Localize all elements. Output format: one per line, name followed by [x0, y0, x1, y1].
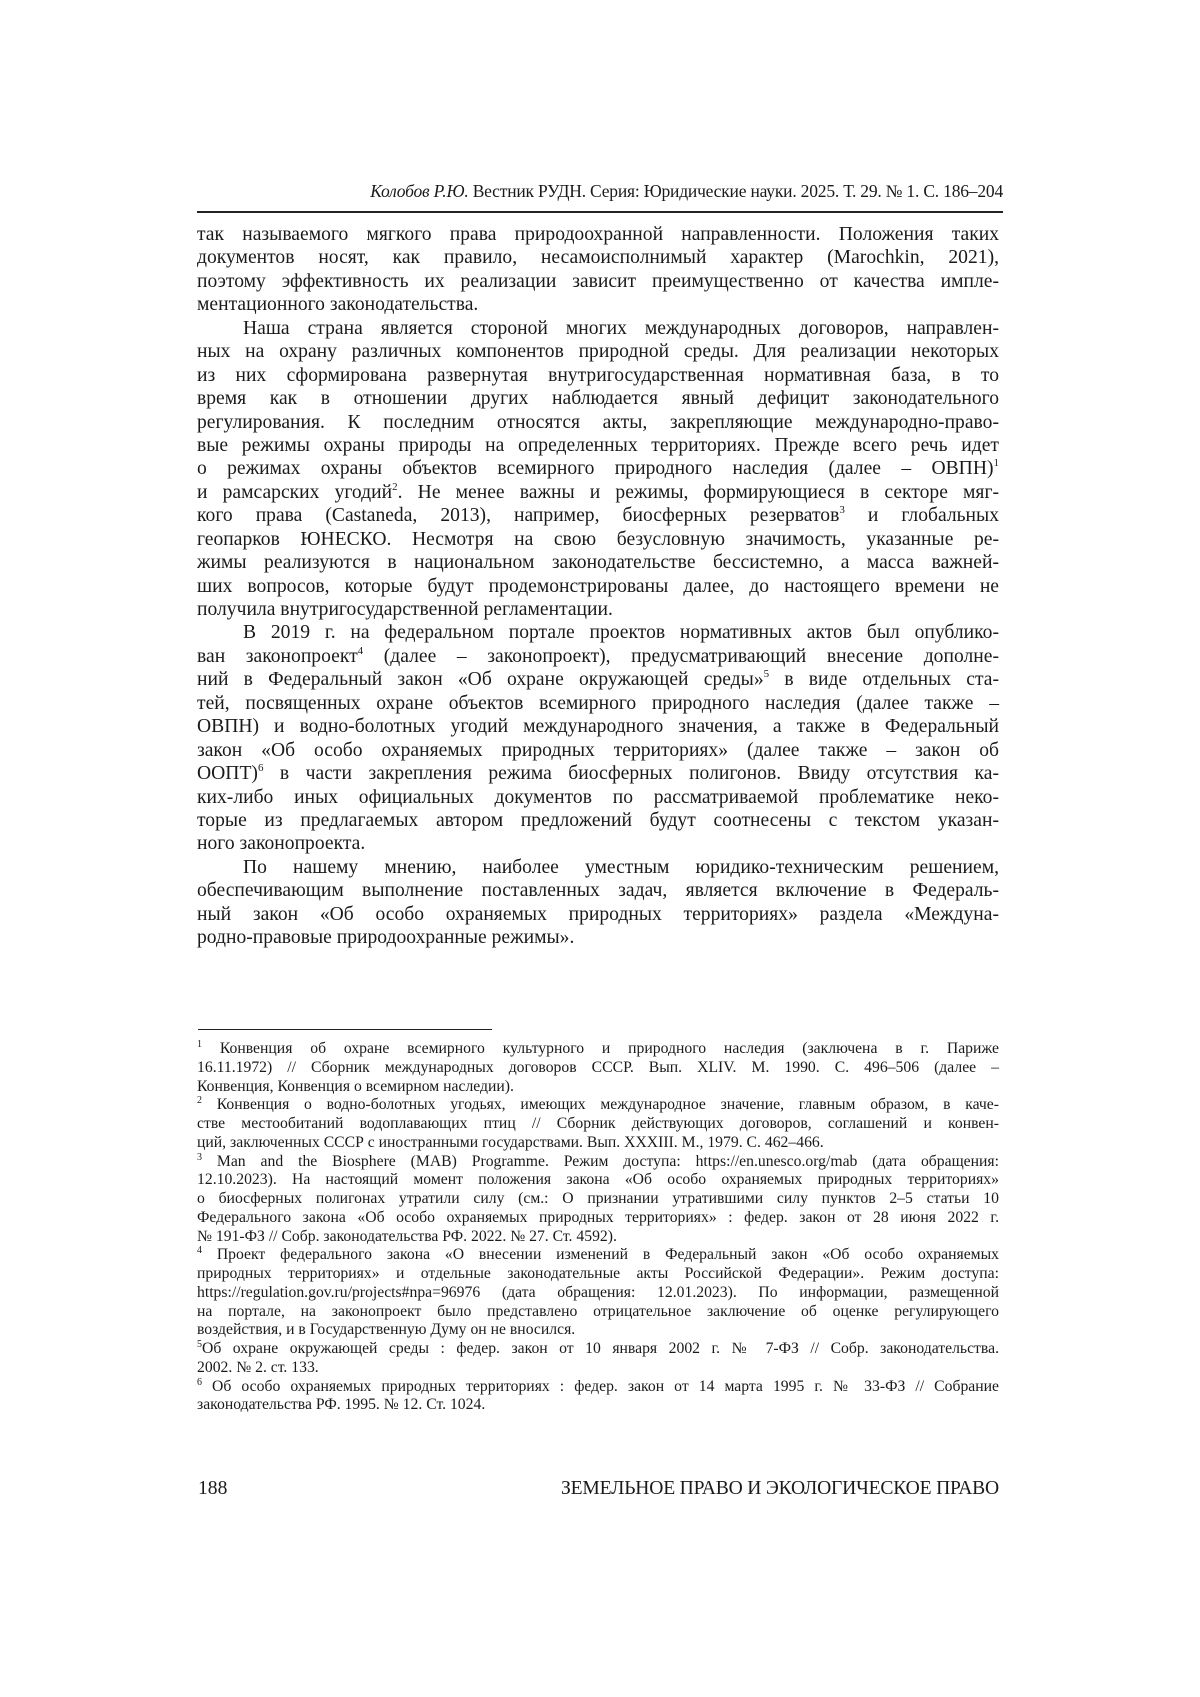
text-line: ОВПН) и водно-болотных угодий международ… [197, 715, 999, 738]
text-segment: ний в Федеральный закон «Об охране окруж… [197, 669, 764, 690]
text-segment: Об особо охраняемых природных территория… [202, 1378, 999, 1395]
footnote-4: 4 Проект федерального закона «О внесении… [197, 1246, 999, 1340]
paragraph: В 2019 г. на федеральном портале проекто… [197, 621, 999, 855]
text-line: ших вопросов, которые будут продемонстри… [197, 575, 999, 598]
text-segment: и глобальных [845, 505, 999, 526]
footnote-line: Конвенция, Конвенция о всемирном наследи… [197, 1078, 999, 1097]
footnote-line: на портале, на законопроект было предста… [197, 1303, 999, 1322]
footnote-line: № 191-ФЗ // Собр. законодательства РФ. 2… [197, 1228, 999, 1247]
text-segment: Проект федерального закона «О внесении и… [202, 1246, 999, 1263]
text-line: геопарков ЮНЕСКО. Несмотря на свою безус… [197, 528, 999, 551]
text-line: поэтому эффективность их реализации зави… [197, 270, 999, 293]
text-segment: о режимах охраны объектов всемирного при… [197, 458, 994, 479]
section-title: ЗЕМЕЛЬНОЕ ПРАВО И ЭКОЛОГИЧЕСКОЕ ПРАВО [561, 1478, 999, 1500]
footnote-2: 2 Конвенция о водно-болотных угодьях, им… [197, 1096, 999, 1152]
text-line: ных на охрану различных компонентов прир… [197, 340, 999, 363]
footnote-line: 12.10.2023). На настоящий момент положен… [197, 1171, 999, 1190]
footnote-line: ций, заключенных СССР с иностранными гос… [197, 1134, 999, 1153]
text-line: жимы реализуются в национальном законода… [197, 551, 999, 574]
text-line: ний в Федеральный закон «Об охране окруж… [197, 668, 999, 691]
journal-page: Колобов Р.Ю. Вестник РУДН. Серия: Юридич… [0, 0, 1200, 1697]
text-line: ООПТ)6 в части закрепления режима биосфе… [197, 762, 999, 785]
footnote-line: 1 Конвенция об охране всемирного культур… [197, 1040, 999, 1059]
text-segment: кого права (Castaneda, 2013), например, … [197, 505, 839, 526]
text-line: ный закон «Об особо охраняемых природных… [197, 903, 999, 926]
text-segment: . Не менее важны и режимы, формирующиеся… [398, 482, 999, 503]
text-line: родно-правовые природоохранные режимы». [197, 926, 999, 949]
text-line: закон «Об особо охраняемых природных тер… [197, 739, 999, 762]
running-header: Колобов Р.Ю. Вестник РУДН. Серия: Юридич… [197, 180, 1003, 202]
paragraph: По нашему мнению, наиболее уместным юрид… [197, 856, 999, 950]
text-segment: ООПТ) [197, 763, 258, 784]
text-line: тей, посвященных охране объектов всемирн… [197, 692, 999, 715]
footnote-ref-1[interactable]: 1 [994, 457, 1000, 469]
footnote-line: 2002. № 2. ст. 133. [197, 1359, 999, 1378]
footnote-line: 5Об охране окружающей среды : федер. зак… [197, 1340, 999, 1359]
text-segment: Конвенция об охране всемирного культурно… [202, 1040, 999, 1057]
text-line: ких-либо иных официальных документов по … [197, 786, 999, 809]
text-line: вые режимы охраны природы на определенны… [197, 434, 999, 457]
text-line: ментационного законодательства. [197, 293, 999, 316]
text-line: ного законопроекта. [197, 832, 999, 855]
footnote-line: воздействия, и в Государственную Думу он… [197, 1321, 999, 1340]
footnote-line: 3 Man and the Biosphere (MAB) Programme.… [197, 1153, 999, 1172]
text-line: о режимах охраны объектов всемирного при… [197, 457, 999, 480]
text-segment: Man and the Biosphere (MAB) Programme. Р… [202, 1153, 999, 1170]
text-segment: Об охране окружающей среды : федер. зако… [202, 1340, 999, 1357]
header-author: Колобов Р.Ю. [370, 181, 468, 201]
footnote-line: 6 Об особо охраняемых природных территор… [197, 1378, 999, 1397]
text-line: ван законопроект4 (далее – законопроект)… [197, 645, 999, 668]
text-line: кого права (Castaneda, 2013), например, … [197, 504, 999, 527]
text-line: регулирования. К последним относятся акт… [197, 411, 999, 434]
footnote-line: природных территориях» и отдельные закон… [197, 1265, 999, 1284]
text-segment: Конвенция о водно-болотных угодьях, имею… [202, 1096, 999, 1113]
footnotes: 1 Конвенция об охране всемирного культур… [197, 1040, 999, 1415]
text-segment: ван законопроект [197, 646, 358, 667]
footnote-1: 1 Конвенция об охране всемирного культур… [197, 1040, 999, 1096]
footnote-line: 4 Проект федерального закона «О внесении… [197, 1246, 999, 1265]
footnote-line: 2 Конвенция о водно-болотных угодьях, им… [197, 1096, 999, 1115]
footnote-line: законодательства РФ. 1995. № 12. Ст. 102… [197, 1396, 999, 1415]
text-line: из них сформирована развернутая внутриго… [197, 364, 999, 387]
text-segment: и рамсарских угодий [197, 482, 392, 503]
paragraph: Наша страна является стороной многих меж… [197, 317, 999, 622]
text-line: обеспечивающим выполнение поставленных з… [197, 879, 999, 902]
footnote-6: 6 Об особо охраняемых природных территор… [197, 1378, 999, 1416]
footnote-line: стве местообитаний водоплавающих птиц //… [197, 1115, 999, 1134]
footnote-line: о биосферных полигонах утратили силу (см… [197, 1190, 999, 1209]
text-line: торые из предлагаемых автором предложени… [197, 809, 999, 832]
footnote-separator [198, 1029, 492, 1030]
text-segment: в виде отдельных ста- [769, 669, 999, 690]
footnote-line: 16.11.1972) // Сборник международных дог… [197, 1059, 999, 1078]
header-citation: Вестник РУДН. Серия: Юридические науки. … [469, 181, 1003, 201]
text-line: так называемого мягкого права природоохр… [197, 223, 999, 246]
text-line: и рамсарских угодий2. Не менее важны и р… [197, 481, 999, 504]
footnote-3: 3 Man and the Biosphere (MAB) Programme.… [197, 1153, 999, 1247]
article-body: так называемого мягкого права природоохр… [197, 223, 999, 950]
text-segment: в части закрепления режима биосферных по… [263, 763, 999, 784]
text-segment: (далее – законопроект), предусматривающи… [363, 646, 999, 667]
footnote-line: https://regulation.gov.ru/projects#npa=9… [197, 1284, 999, 1303]
footnote-5: 5Об охране окружающей среды : федер. зак… [197, 1340, 999, 1378]
text-line: время как в отношении других наблюдается… [197, 387, 999, 410]
page-number: 188 [198, 1478, 227, 1500]
text-line: Наша страна является стороной многих меж… [197, 317, 999, 340]
text-line: документов носят, как правило, несамоисп… [197, 246, 999, 269]
header-rule [197, 211, 1003, 213]
text-line: получила внутригосударственной регламент… [197, 598, 999, 621]
paragraph: так называемого мягкого права природоохр… [197, 223, 999, 317]
footnote-line: Федерального закона «Об особо охраняемых… [197, 1209, 999, 1228]
text-line: По нашему мнению, наиболее уместным юрид… [197, 856, 999, 879]
text-line: В 2019 г. на федеральном портале проекто… [197, 621, 999, 644]
